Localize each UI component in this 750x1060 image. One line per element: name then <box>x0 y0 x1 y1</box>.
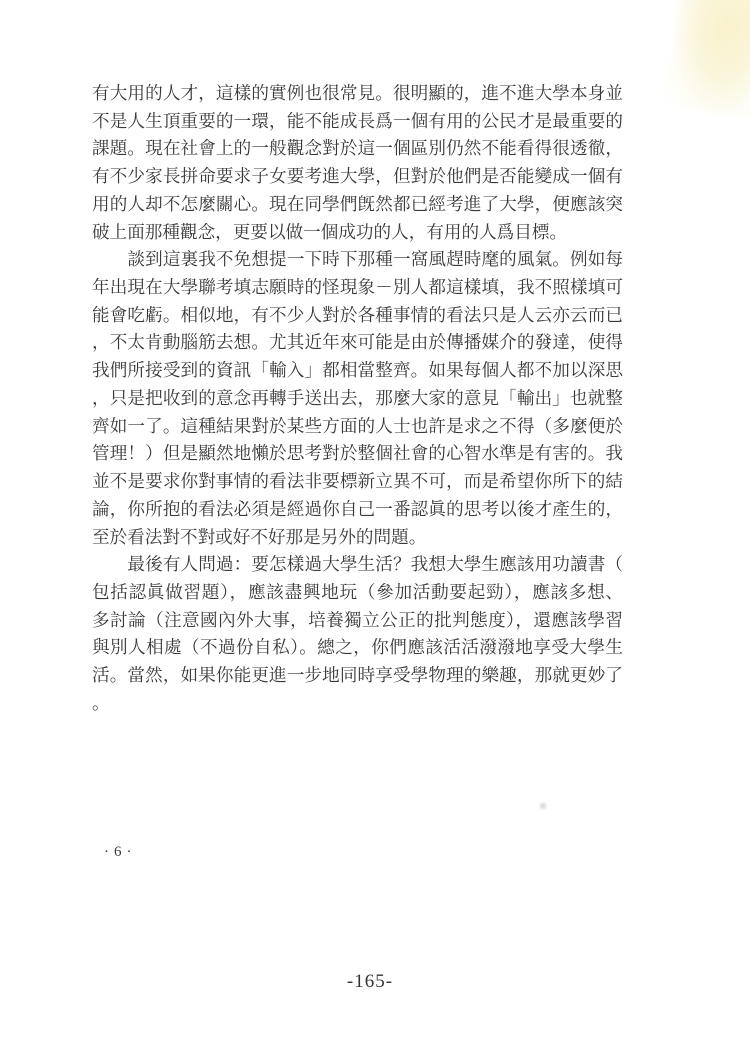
text-line: 。 <box>92 690 623 718</box>
text-line: ，不太肯動腦筋去想。尤其近年來可能是由於傳播媒介的發達，使得 <box>92 329 623 357</box>
text-line: 我們所接受到的資訊「輸入」都相當整齊。如果每個人都不加以深思 <box>92 357 623 385</box>
scan-speck <box>540 803 546 809</box>
text-line: 多討論（注意國內外大事，培養獨立公正的批判態度），還應該學習 <box>92 607 623 635</box>
body-text: 有大用的人才，這樣的實例也很常見。很明顯的，進不進大學本身並 不是人生頂重要的一… <box>92 80 623 718</box>
scanned-book-page: 有大用的人才，這樣的實例也很常見。很明顯的，進不進大學本身並 不是人生頂重要的一… <box>0 0 750 1060</box>
text-line: 破上面那種觀念，更要以做一個成功的人，有用的人爲目標。 <box>92 219 623 247</box>
page-number: -165- <box>0 971 740 993</box>
text-line: 用的人却不怎麼關心。現在同學們旣然都已經考進了大學，便應該突 <box>92 191 623 219</box>
text-line: 包括認眞做習題），應該盡興地玩（參加活動要起勁），應該多想、 <box>92 579 623 607</box>
text-line: 與別人相處（不過份自私）。總之，你們應該活活潑潑地享受大學生 <box>92 634 623 662</box>
text-line: 活。當然，如果你能更進一步地同時享受學物理的樂趣，那就更妙了 <box>92 662 623 690</box>
text-line: 談到這裏我不免想提一下時下那種一窩風趕時麾的風氣。例如每 <box>92 246 623 274</box>
text-line: 有不少家長拼命要求子女要考進大學，但對於他們是否能變成一個有 <box>92 163 623 191</box>
section-page-label: ·6· <box>104 844 137 861</box>
text-line: 並不是要求你對事情的看法非要標新立異不可，而是希望你所下的結 <box>92 468 623 496</box>
text-line: 至於看法對不對或好不好那是另外的問題。 <box>92 524 623 552</box>
text-line: 論，你所抱的看法必須是經過你自己一番認眞的思考以後才產生的， <box>92 496 623 524</box>
scan-stain-artifact <box>664 0 750 119</box>
text-line: 年出現在大學聯考填志願時的怪現象－別人都這樣填，我不照樣填可 <box>92 274 623 302</box>
text-line: 最後有人問過：要怎樣過大學生活？我想大學生應該用功讀書（ <box>92 551 623 579</box>
text-line: 課題。現在社會上的一般觀念對於這一個區別仍然不能看得很透徹， <box>92 135 623 163</box>
text-line: 有大用的人才，這樣的實例也很常見。很明顯的，進不進大學本身並 <box>92 80 623 108</box>
text-line: 能會吃虧。相似地，有不少人對於各種事情的看法只是人云亦云而已 <box>92 302 623 330</box>
text-line: 齊如一了。這種結果對於某些方面的人士也許是求之不得（多麼便於 <box>92 413 623 441</box>
text-line: ，只是把收到的意念再轉手送出去，那麼大家的意見「輸出」也就整 <box>92 385 623 413</box>
text-line: 不是人生頂重要的一環，能不能成長爲一個有用的公民才是最重要的 <box>92 108 623 136</box>
text-line: 管理！）但是顯然地懶於思考對於整個社會的心智水準是有害的。我 <box>92 440 623 468</box>
